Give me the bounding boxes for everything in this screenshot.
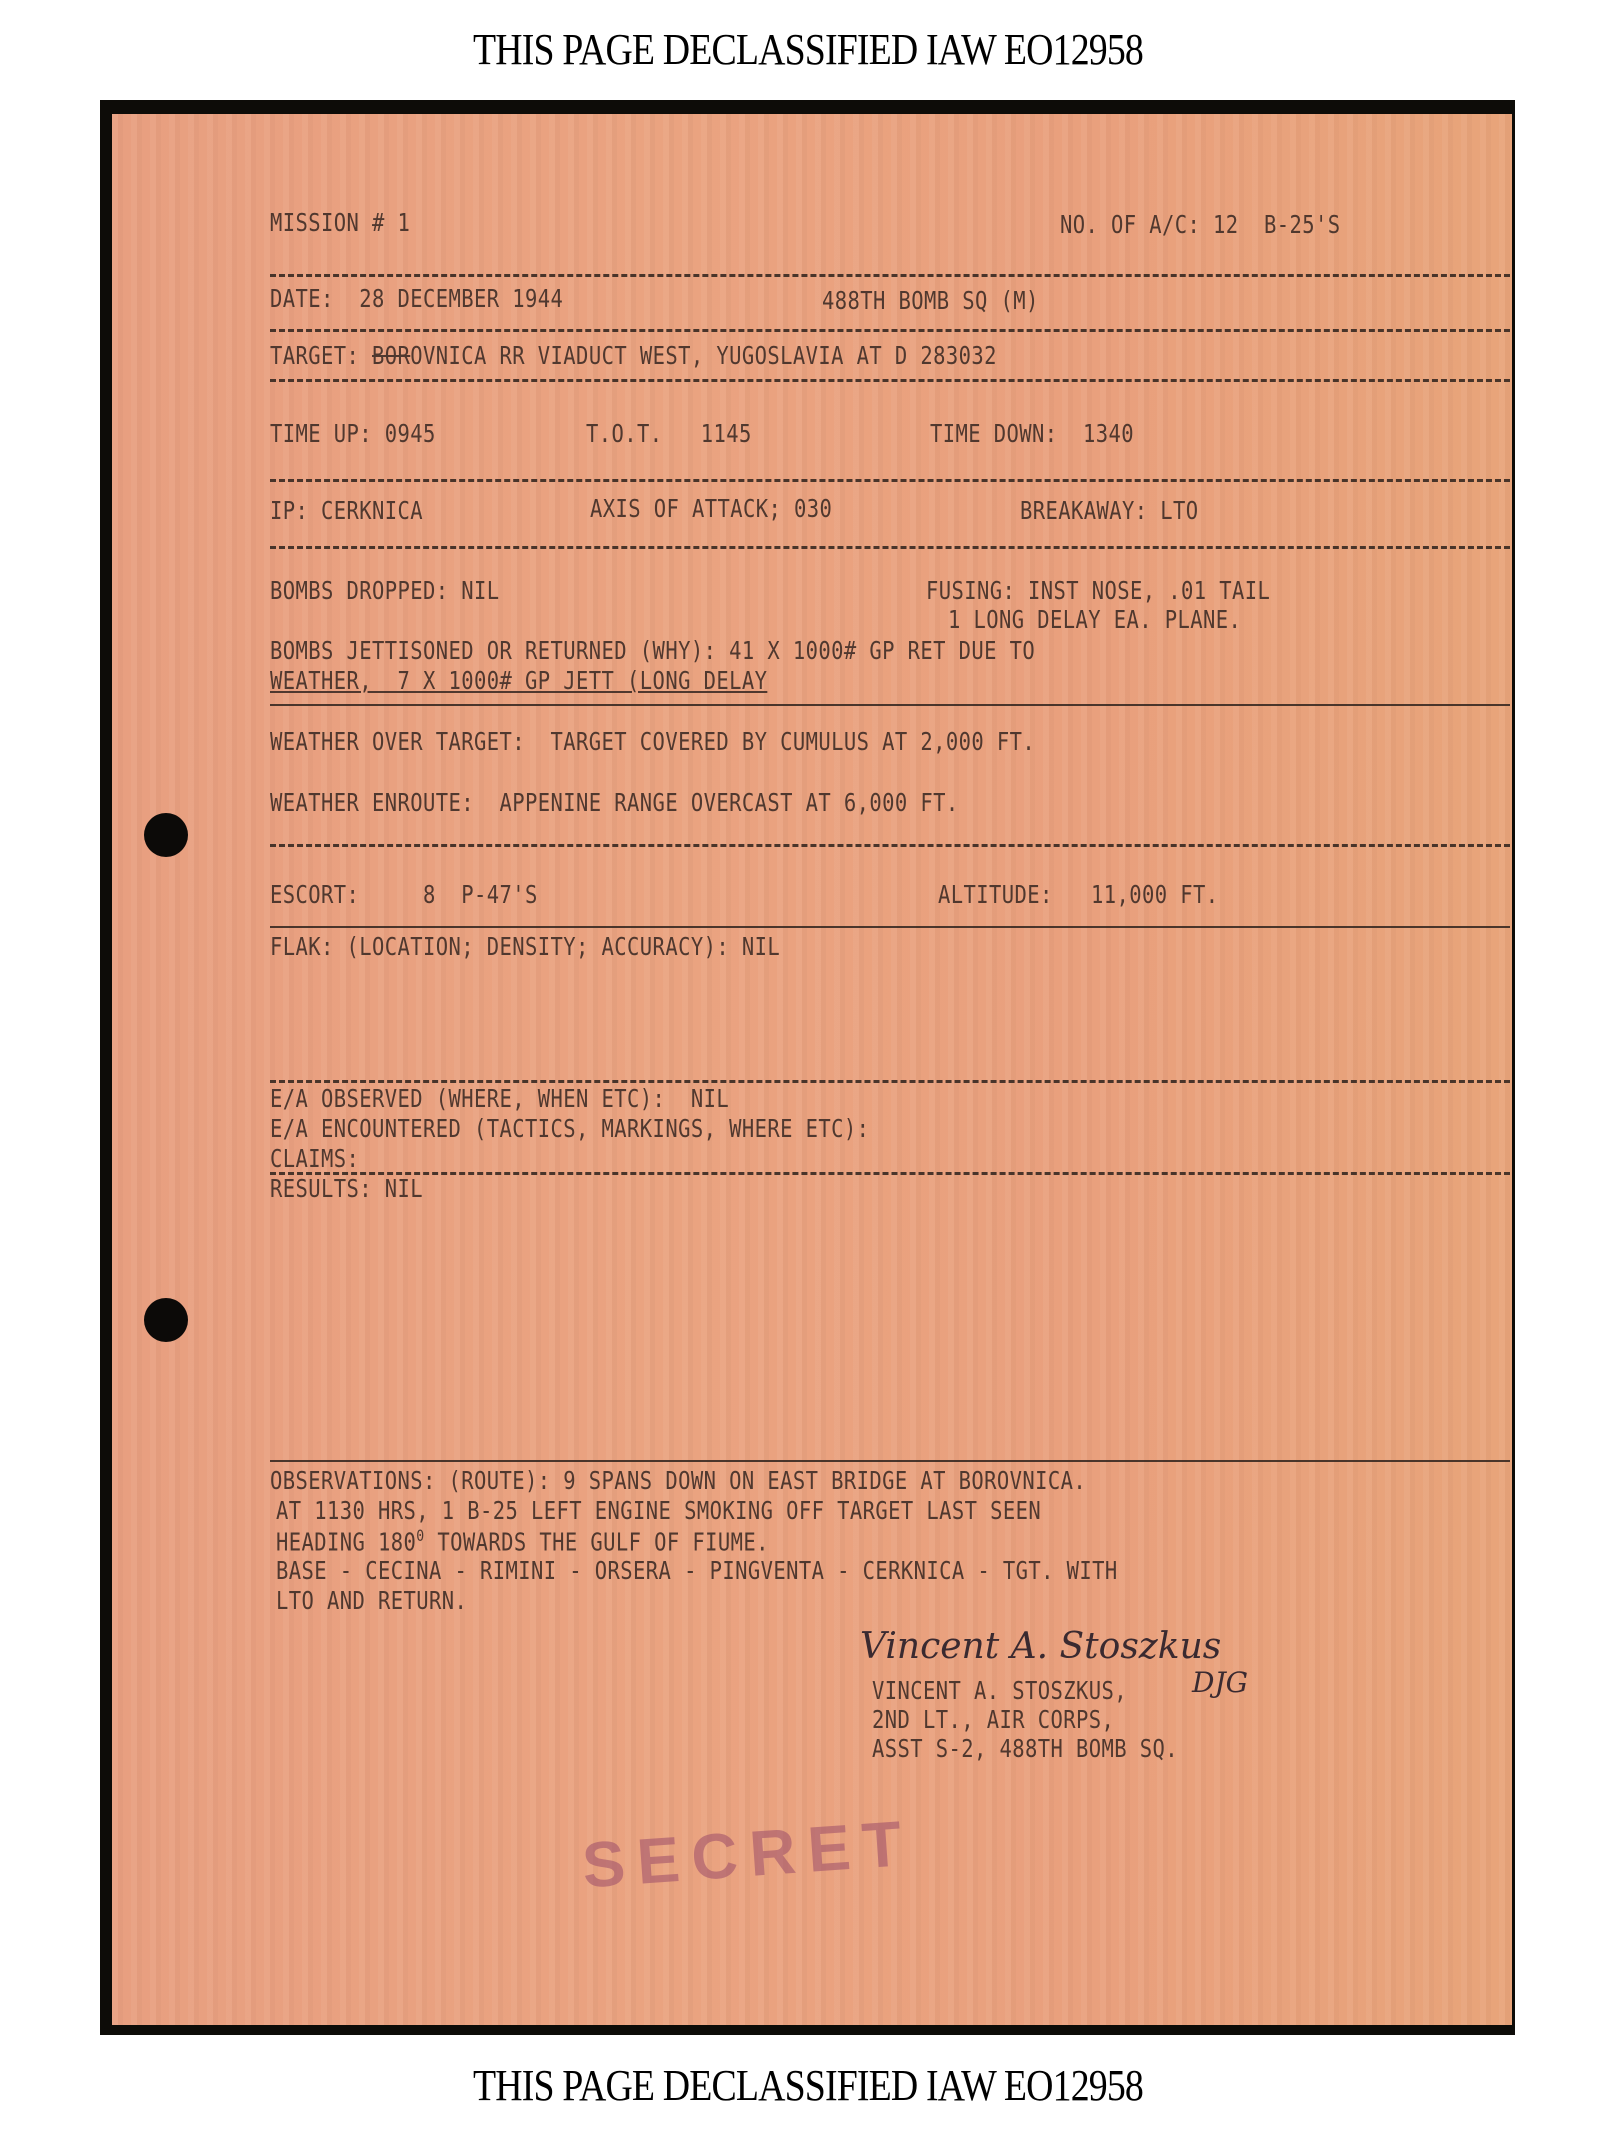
- target-struck-text: BOR: [372, 341, 410, 370]
- declassified-banner-top: THIS PAGE DECLASSIFIED IAW EO12958: [113, 24, 1503, 75]
- bombs-jettisoned-line-2: WEATHER, 7 X 1000# GP JETT (LONG DELAY: [270, 666, 767, 695]
- bombs-dropped: BOMBS DROPPED: NIL: [270, 576, 500, 605]
- bombs-jettisoned-line-1: BOMBS JETTISONED OR RETURNED (WHY): 41 X…: [270, 636, 1035, 665]
- signatory-position: ASST S-2, 488TH BOMB SQ.: [872, 1734, 1178, 1763]
- handwritten-signature: Vincent A. Stoszkus: [860, 1626, 1221, 1667]
- observations-line-5: LTO AND RETURN.: [276, 1586, 467, 1615]
- signatory-name: VINCENT A. STOSZKUS,: [872, 1676, 1127, 1705]
- observations-line-4: BASE - CECINA - RIMINI - ORSERA - PINGVE…: [276, 1556, 1118, 1585]
- breakaway: BREAKAWAY: LTO: [1020, 496, 1199, 525]
- time-down: TIME DOWN: 1340: [930, 419, 1134, 448]
- rule: [270, 546, 1510, 549]
- rule: [270, 1172, 1510, 1175]
- results: RESULTS: NIL: [270, 1174, 423, 1203]
- observations-line-3: HEADING 1800 TOWARDS THE GULF OF FIUME.: [276, 1526, 769, 1556]
- flak: FLAK: (LOCATION; DENSITY; ACCURACY): NIL: [270, 932, 780, 961]
- target-label: TARGET:: [270, 341, 359, 370]
- mission-date: DATE: 28 DECEMBER 1944: [270, 284, 563, 313]
- handwritten-initials: DJG: [1192, 1666, 1248, 1699]
- mission-number: MISSION # 1: [270, 208, 410, 237]
- target-text: OVNICA RR VIADUCT WEST, YUGOSLAVIA AT D …: [410, 341, 997, 370]
- aircraft-count: NO. OF A/C: 12 B-25'S: [1060, 210, 1341, 239]
- squadron: 488TH BOMB SQ (M): [822, 286, 1039, 315]
- fusing-line-1: FUSING: INST NOSE, .01 TAIL: [926, 576, 1270, 605]
- time-up: TIME UP: 0945: [270, 419, 436, 448]
- escort: ESCORT: 8 P-47'S: [270, 880, 538, 909]
- punch-hole-upper: [144, 813, 188, 857]
- rule: [270, 704, 1510, 706]
- initial-point: IP: CERKNICA: [270, 496, 423, 525]
- enemy-aircraft-observed: E/A OBSERVED (WHERE, WHEN ETC): NIL: [270, 1084, 729, 1113]
- observations-line-1: OBSERVATIONS: (ROUTE): 9 SPANS DOWN ON E…: [270, 1466, 1086, 1495]
- rule: [270, 926, 1510, 928]
- altitude: ALTITUDE: 11,000 FT.: [938, 880, 1219, 909]
- observations-line-2: AT 1130 HRS, 1 B-25 LEFT ENGINE SMOKING …: [276, 1496, 1041, 1525]
- rule: [270, 479, 1510, 482]
- punch-hole-lower: [144, 1298, 188, 1342]
- rule: [270, 844, 1510, 847]
- enemy-aircraft-encountered: E/A ENCOUNTERED (TACTICS, MARKINGS, WHER…: [270, 1114, 869, 1143]
- rule: [270, 274, 1510, 277]
- declassified-banner-bottom: THIS PAGE DECLASSIFIED IAW EO12958: [113, 2060, 1503, 2111]
- document-frame: MISSION # 1 NO. OF A/C: 12 B-25'S DATE: …: [100, 100, 1515, 2035]
- secret-stamp: SECRET: [580, 1806, 916, 1903]
- claims: CLAIMS:: [270, 1144, 359, 1173]
- signatory-rank: 2ND LT., AIR CORPS,: [872, 1705, 1114, 1734]
- target: TARGET: BOROVNICA RR VIADUCT WEST, YUGOS…: [270, 341, 997, 370]
- rule: [270, 379, 1510, 382]
- fusing-line-2: 1 LONG DELAY EA. PLANE.: [948, 605, 1241, 634]
- weather-enroute: WEATHER ENROUTE: APPENINE RANGE OVERCAST…: [270, 788, 959, 817]
- rule: [270, 1460, 1510, 1462]
- weather-over-target: WEATHER OVER TARGET: TARGET COVERED BY C…: [270, 727, 1035, 756]
- rule: [270, 1080, 1510, 1083]
- rule: [270, 329, 1510, 332]
- mission-report-page: MISSION # 1 NO. OF A/C: 12 B-25'S DATE: …: [112, 114, 1512, 2025]
- axis-of-attack: AXIS OF ATTACK; 030: [590, 494, 832, 523]
- time-over-target: T.O.T. 1145: [586, 419, 752, 448]
